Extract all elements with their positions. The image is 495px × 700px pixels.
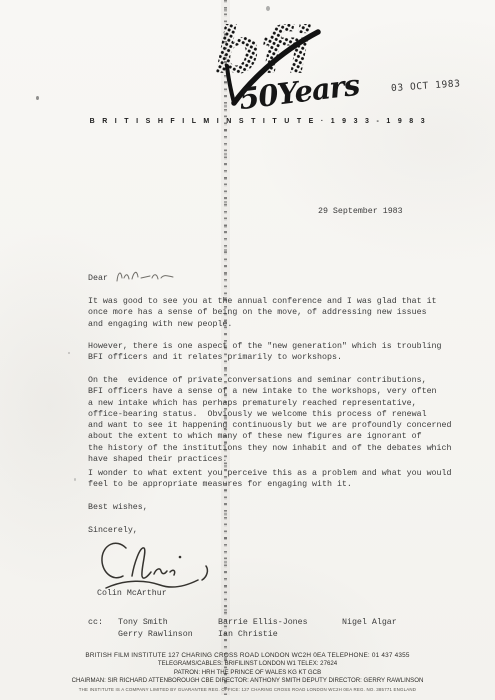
salutation-prefix: Dear [88,273,108,284]
footer-telegrams-line: TELEGRAMS/CABLES: BRIFILINST LONDON W1 T… [0,660,495,667]
received-date-stamp: 03 OCT 1983 [391,77,482,94]
salutation: Dear [88,268,178,284]
footer-registration-line: THE INSTITUTE IS A COMPANY LIMITED BY GU… [0,687,495,692]
letterhead-footer: BRITISH FILM INSTITUTE 127 CHARING CROSS… [0,652,495,692]
cc-name: Barrie Ellis-Jones [218,617,308,628]
footer-patron-line: PATRON: HRH THE PRINCE OF WALES KG KT GC… [0,669,495,676]
footer-chairman-line: CHAIRMAN: SIR RICHARD ATTENBOROUGH CBE D… [0,677,495,684]
scan-speck [266,6,270,11]
handwritten-recipient-name [114,268,178,284]
footer-address-line: BRITISH FILM INSTITUTE 127 CHARING CROSS… [0,652,495,659]
letter-paragraph: However, there is one aspect of the "new… [88,341,466,364]
cc-label: cc: [88,617,103,628]
cc-name: Ian Christie [218,629,278,640]
bfi-50years-logo: bfi 50Years [210,12,375,118]
letter-paragraph: On the evidence of private conversations… [88,375,466,465]
institute-name-line: B R I T I S H F I L M I N S T I T U T E … [0,118,495,125]
signatory-name: Colin McArthur [97,588,167,599]
cc-name: Gerry Rawlinson [118,629,193,640]
closing-best-wishes: Best wishes, [88,502,148,513]
cc-name: Nigel Algar [342,617,397,628]
closing-sincerely: Sincerely, [88,525,138,536]
letter-paragraph: It was good to see you at the annual con… [88,296,466,330]
scan-speck [36,96,39,100]
letter-paragraph: I wonder to what extent you perceive thi… [88,468,466,491]
scan-speck [74,478,76,481]
cc-name: Tony Smith [118,617,168,628]
scanned-letter-page: bfi 50Years 03 OCT 1983 B R I T I S H F … [0,0,495,700]
scan-speck [68,352,70,354]
letter-date: 29 September 1983 [318,206,403,217]
scan-speck [430,446,432,448]
bfi-logo-graphic: bfi 50Years [210,12,375,118]
